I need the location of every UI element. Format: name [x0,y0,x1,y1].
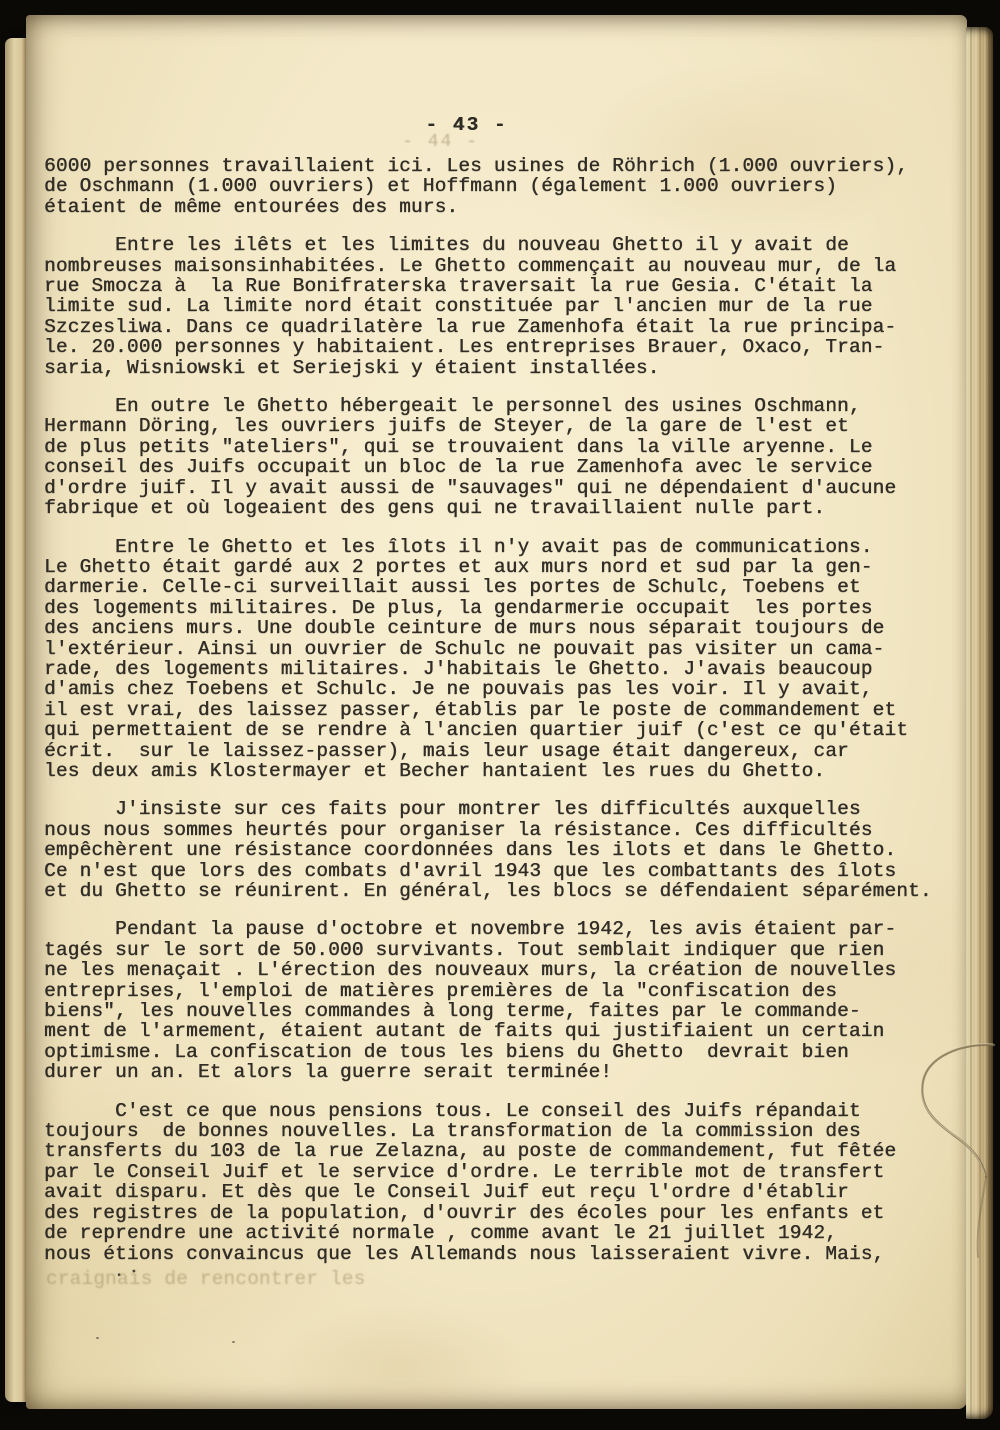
ink-speck [232,1341,235,1343]
paragraph: J'insiste sur ces faits pour montrer les… [44,799,952,901]
book-scan: - 44 - - 43 - 6000 personnes travaillaie… [0,0,1000,1430]
paragraph: Entre le Ghetto et les îlots il n'y avai… [44,537,952,782]
ghost-bleedthrough-line: craignais de rencontrer les [46,1268,366,1290]
previous-page-edge [5,38,26,1402]
text-block: 6000 personnes travaillaient ici. Les us… [44,156,952,1282]
paragraph: Pendant la pause d'octobre et novembre 1… [44,919,952,1082]
ink-speck [96,1337,99,1339]
paragraph: Entre les ilêts et les limites du nouvea… [44,235,952,378]
paragraph: 6000 personnes travaillaient ici. Les us… [44,156,952,217]
paragraph: En outre le Ghetto hébergeait le personn… [44,396,952,518]
document-page: - 44 - - 43 - 6000 personnes travaillaie… [26,15,967,1409]
page-number: - 43 - [0,114,937,136]
page-edge-stack [966,27,993,1419]
paragraph: C'est ce que nous pensions tous. Le cons… [44,1101,952,1264]
